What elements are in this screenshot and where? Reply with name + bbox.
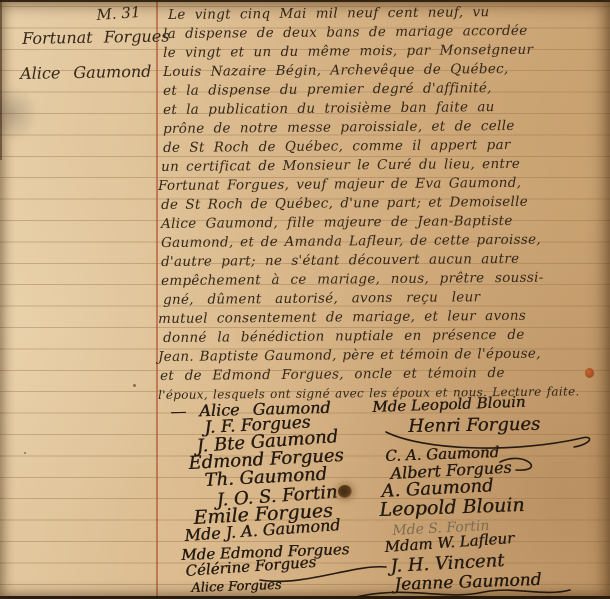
speck (488, 46, 491, 48)
act-line: mutuel consentement de mariage, et leur … (158, 310, 526, 327)
act-line: Fortunat Forgues, veuf majeur de Eva Gau… (158, 177, 521, 194)
speck (133, 384, 136, 387)
photo-edge-left (0, 0, 2, 160)
ink-blot (338, 485, 352, 498)
act-line: Gaumond, et de Amanda Lafleur, de cette … (161, 234, 541, 251)
photo-edge-top (0, 0, 610, 2)
record-number: M. 31 (96, 5, 141, 23)
act-line: gné, dûment autorisé, avons reçu leur (163, 291, 480, 307)
signature: Mde Leopold Blouin (372, 395, 526, 415)
act-line: Jean. Baptiste Gaumond, père et témoin d… (158, 348, 541, 365)
act-line: de St Roch de Québec, comme il appert pa… (163, 139, 511, 156)
act-line: de St Roch de Québec, d'une part; et Dem… (161, 196, 528, 213)
signature-flourish (258, 560, 390, 586)
red-spot (585, 368, 594, 378)
act-line: empêchement à ce mariage, nous, prêtre s… (161, 272, 544, 289)
stain (0, 86, 38, 142)
act-line: prône de notre messe paroissiale, et de … (163, 120, 515, 137)
act-line: Alice Gaumond, fille majeure de Jean-Bap… (161, 215, 513, 232)
signature-flourish (498, 448, 556, 472)
act-line: et la dispense du premier degré d'affini… (163, 82, 492, 98)
register-page: M. 31 Fortunat Forgues Alice Gaumond Le … (0, 0, 610, 599)
margin-bride-name: Alice Gaumond (20, 64, 152, 82)
act-line: Le vingt cinq Mai mil neuf cent neuf, vu (168, 6, 489, 22)
act-line: Louis Nazaire Bégin, Archevêque de Québe… (163, 63, 509, 80)
act-line: d'autre part; ne s'étant découvert aucun… (161, 253, 519, 270)
speck (24, 452, 26, 454)
act-line: le vingt et un du même mois, par Monseig… (163, 44, 533, 61)
act-line: la dispense de deux bans de mariage acco… (163, 25, 528, 42)
signature: Leopold Blouin (379, 496, 525, 520)
act-line: un certificat de Monsieur le Curé du lie… (161, 158, 520, 175)
margin-rule-line (156, 0, 158, 599)
margin-groom-name: Fortunat Forgues (22, 28, 170, 47)
act-line: et de Edmond Forgues, oncle et témoin de (160, 367, 505, 384)
act-line: donné la bénédiction nuptiale en présenc… (163, 329, 525, 346)
act-line: et la publication du troisième ban faite… (163, 101, 495, 117)
